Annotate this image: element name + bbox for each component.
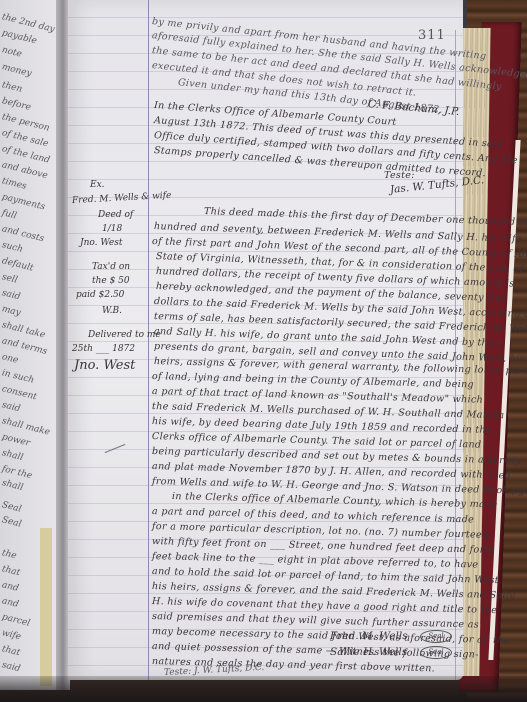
page-number: 311 xyxy=(418,28,446,43)
left-fragment: default xyxy=(1,256,35,273)
left-fragment: full xyxy=(1,208,18,221)
margin-tax-initials: W.B. xyxy=(102,306,122,316)
left-fragment: shall xyxy=(1,448,24,463)
left-fragment: wife xyxy=(1,628,22,642)
margin-rule xyxy=(148,0,149,680)
left-seal: Seal xyxy=(1,515,23,529)
margin-delivered-signature: Jno. West xyxy=(74,358,135,373)
left-fragment: such xyxy=(1,240,24,255)
teste-label: Teste: xyxy=(384,170,415,181)
margin-grantee: Jno. West xyxy=(80,238,122,248)
left-fragment: the xyxy=(1,548,18,561)
margin-tax-paid: paid $2.50 xyxy=(76,290,124,300)
grantor-signature: Fred. M. Wells xyxy=(330,630,408,642)
left-fragment: said xyxy=(1,400,21,414)
margin-delivered: Delivered to me xyxy=(88,330,161,340)
left-fragment: said xyxy=(1,660,21,674)
left-fragment: sell xyxy=(1,272,19,286)
left-fragment: note xyxy=(1,45,23,60)
margin-date: 1/18 xyxy=(102,224,122,234)
seal-icon: Seal xyxy=(420,646,452,659)
yellowed-tab xyxy=(40,528,52,686)
left-fragment: in such xyxy=(1,368,35,386)
left-fragment: parcel xyxy=(1,612,31,629)
left-fragment: shall xyxy=(1,478,24,493)
margin-header-mark: Ex. xyxy=(90,180,105,190)
left-fragment: and xyxy=(1,596,20,610)
seal-icon: Seal xyxy=(420,630,452,643)
left-fragment: consent xyxy=(1,384,38,402)
margin-delivered-date: 25th ___ 1872 xyxy=(72,344,135,354)
left-fragment: money xyxy=(1,62,33,79)
left-fragment: one xyxy=(1,352,19,366)
left-fragment: times xyxy=(1,176,28,192)
left-fragment: said xyxy=(1,288,21,302)
left-page: the 2nd day payable note money then befo… xyxy=(0,0,64,690)
left-fragment: before xyxy=(1,96,32,113)
table-shadow xyxy=(0,676,527,702)
left-fragment: may xyxy=(1,304,22,318)
left-seal: Seal xyxy=(1,500,23,514)
margin-tax-line: Tax'd on xyxy=(92,262,130,272)
margin-deed-of: Deed of xyxy=(98,210,133,220)
left-fragment: that xyxy=(1,644,21,658)
left-fragment: payable xyxy=(1,28,38,46)
left-fragment: and xyxy=(1,580,20,594)
margin-tax-line: the $ 50 xyxy=(92,276,130,286)
ledger-page: 311 by me privily and apart from her hus… xyxy=(68,0,463,680)
grantor-signature: Sallie H. Wells xyxy=(330,646,407,658)
left-fragment: power xyxy=(1,432,31,449)
left-fragment: then xyxy=(1,80,23,95)
left-fragment: that xyxy=(1,564,21,578)
